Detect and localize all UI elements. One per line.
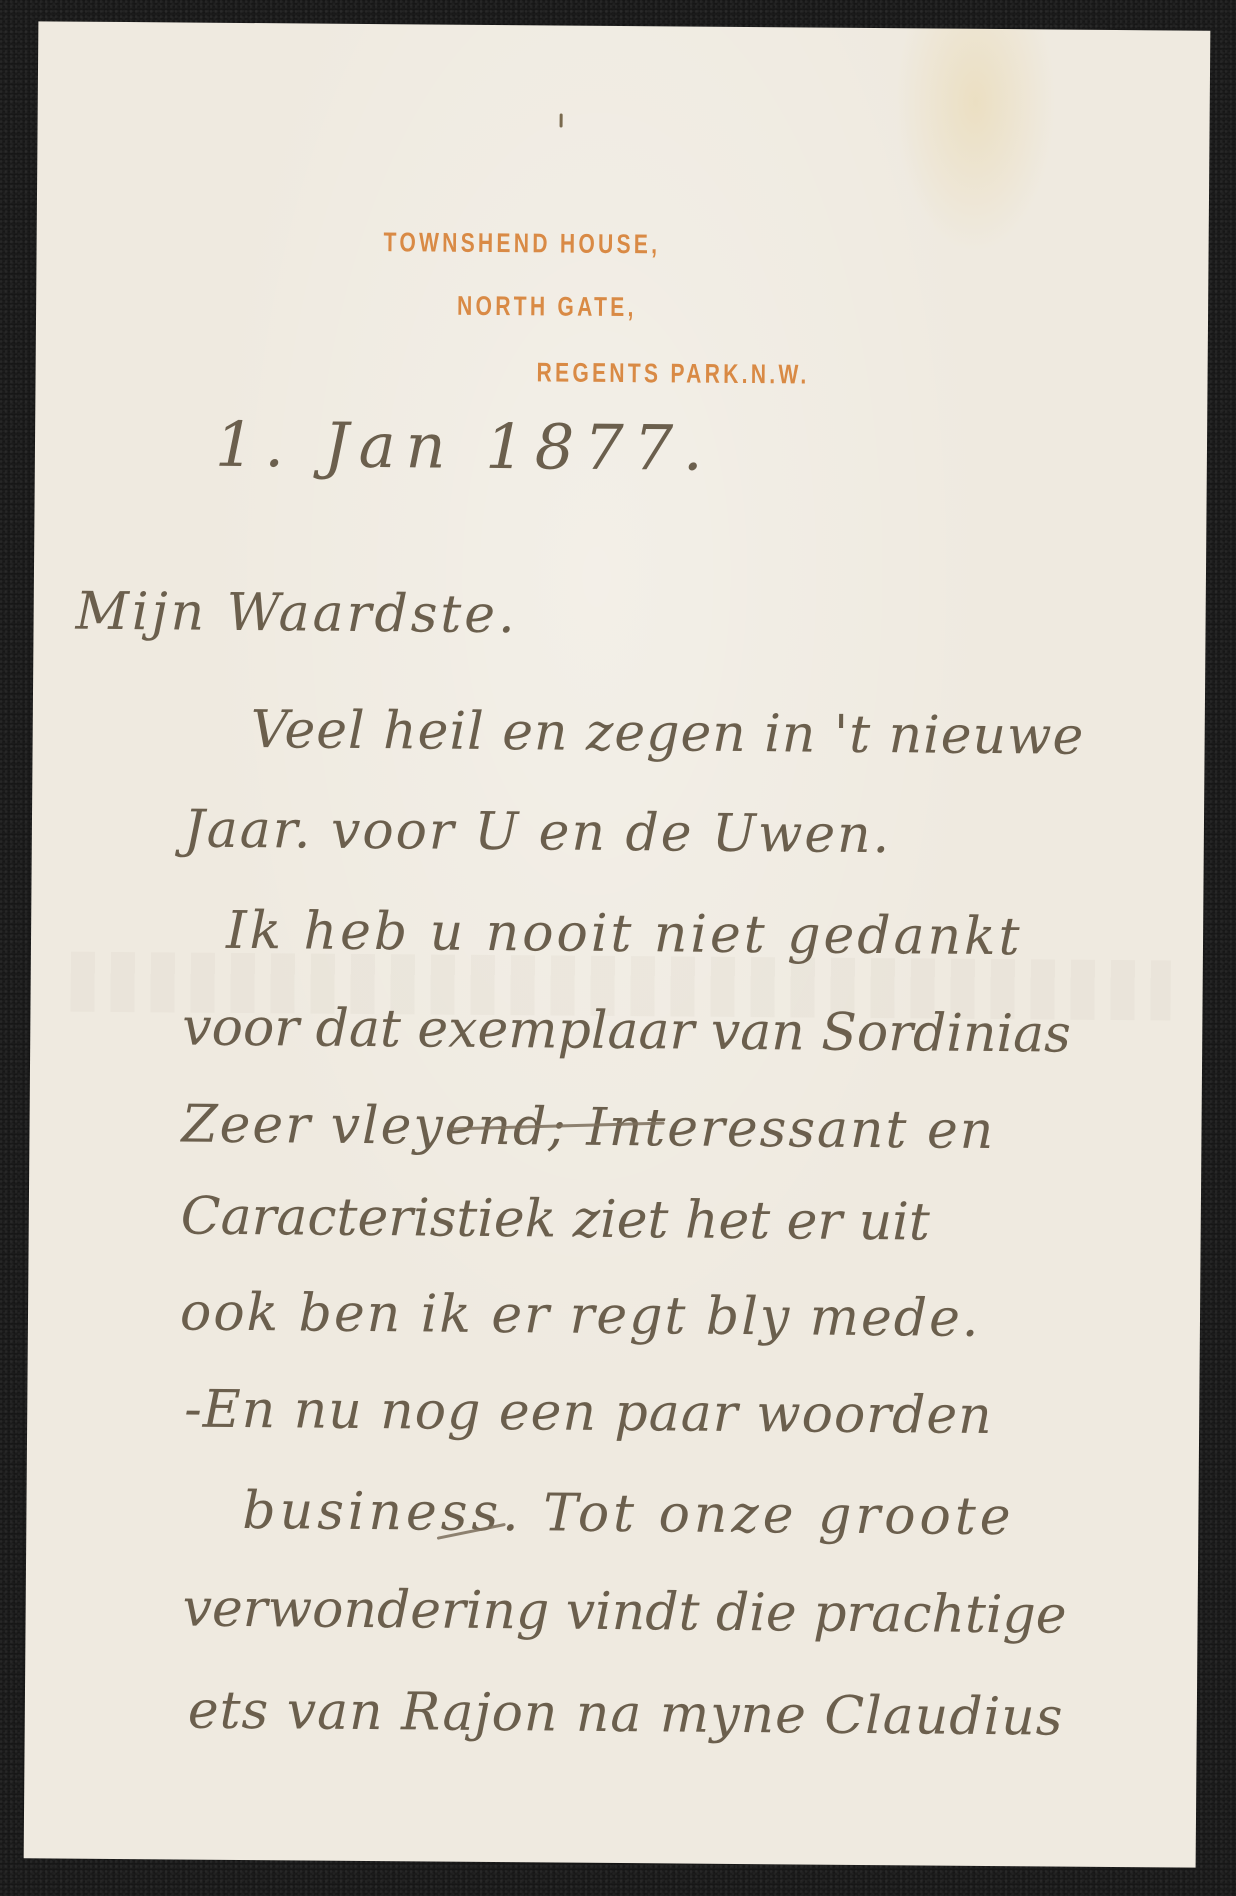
letterhead-line-1: TOWNSHEND HOUSE, (384, 227, 661, 260)
body-line-4: voor dat exemplaar van Sordinias (182, 998, 1071, 1065)
letter-salutation: Mijn Waardste. (75, 582, 517, 646)
body-line-6: Caracteristiek ziet het er uit (181, 1187, 931, 1253)
body-line-1: Veel heil en zegen in 't nieuwe (250, 700, 1084, 767)
body-line-5: Zeer vleyend; Interessant en (181, 1095, 995, 1162)
body-line-3: Ik heb u nooit niet gedankt (226, 901, 1023, 967)
ink-speck (560, 114, 563, 128)
body-line-2: Jaar. voor U en de Uwen. (184, 800, 892, 866)
body-line-11: ets van Rajon na myne Claudius (188, 1681, 1064, 1748)
body-line-10: verwondering vindt die prachtige (182, 1579, 1066, 1646)
body-line-9: business. Tot onze groote (242, 1481, 1015, 1547)
letter-date: 1. Jan 1877. (215, 408, 713, 485)
body-line-7: ook ben ik er regt bly mede. (180, 1283, 981, 1349)
letterhead-line-3: REGENTS PARK.N.W. (536, 357, 809, 390)
letter-paper: TOWNSHEND HOUSE, NORTH GATE, REGENTS PAR… (24, 21, 1211, 1867)
body-line-8: -En nu nog een paar woorden (184, 1380, 993, 1446)
letterhead-line-2: NORTH GATE, (457, 291, 637, 323)
